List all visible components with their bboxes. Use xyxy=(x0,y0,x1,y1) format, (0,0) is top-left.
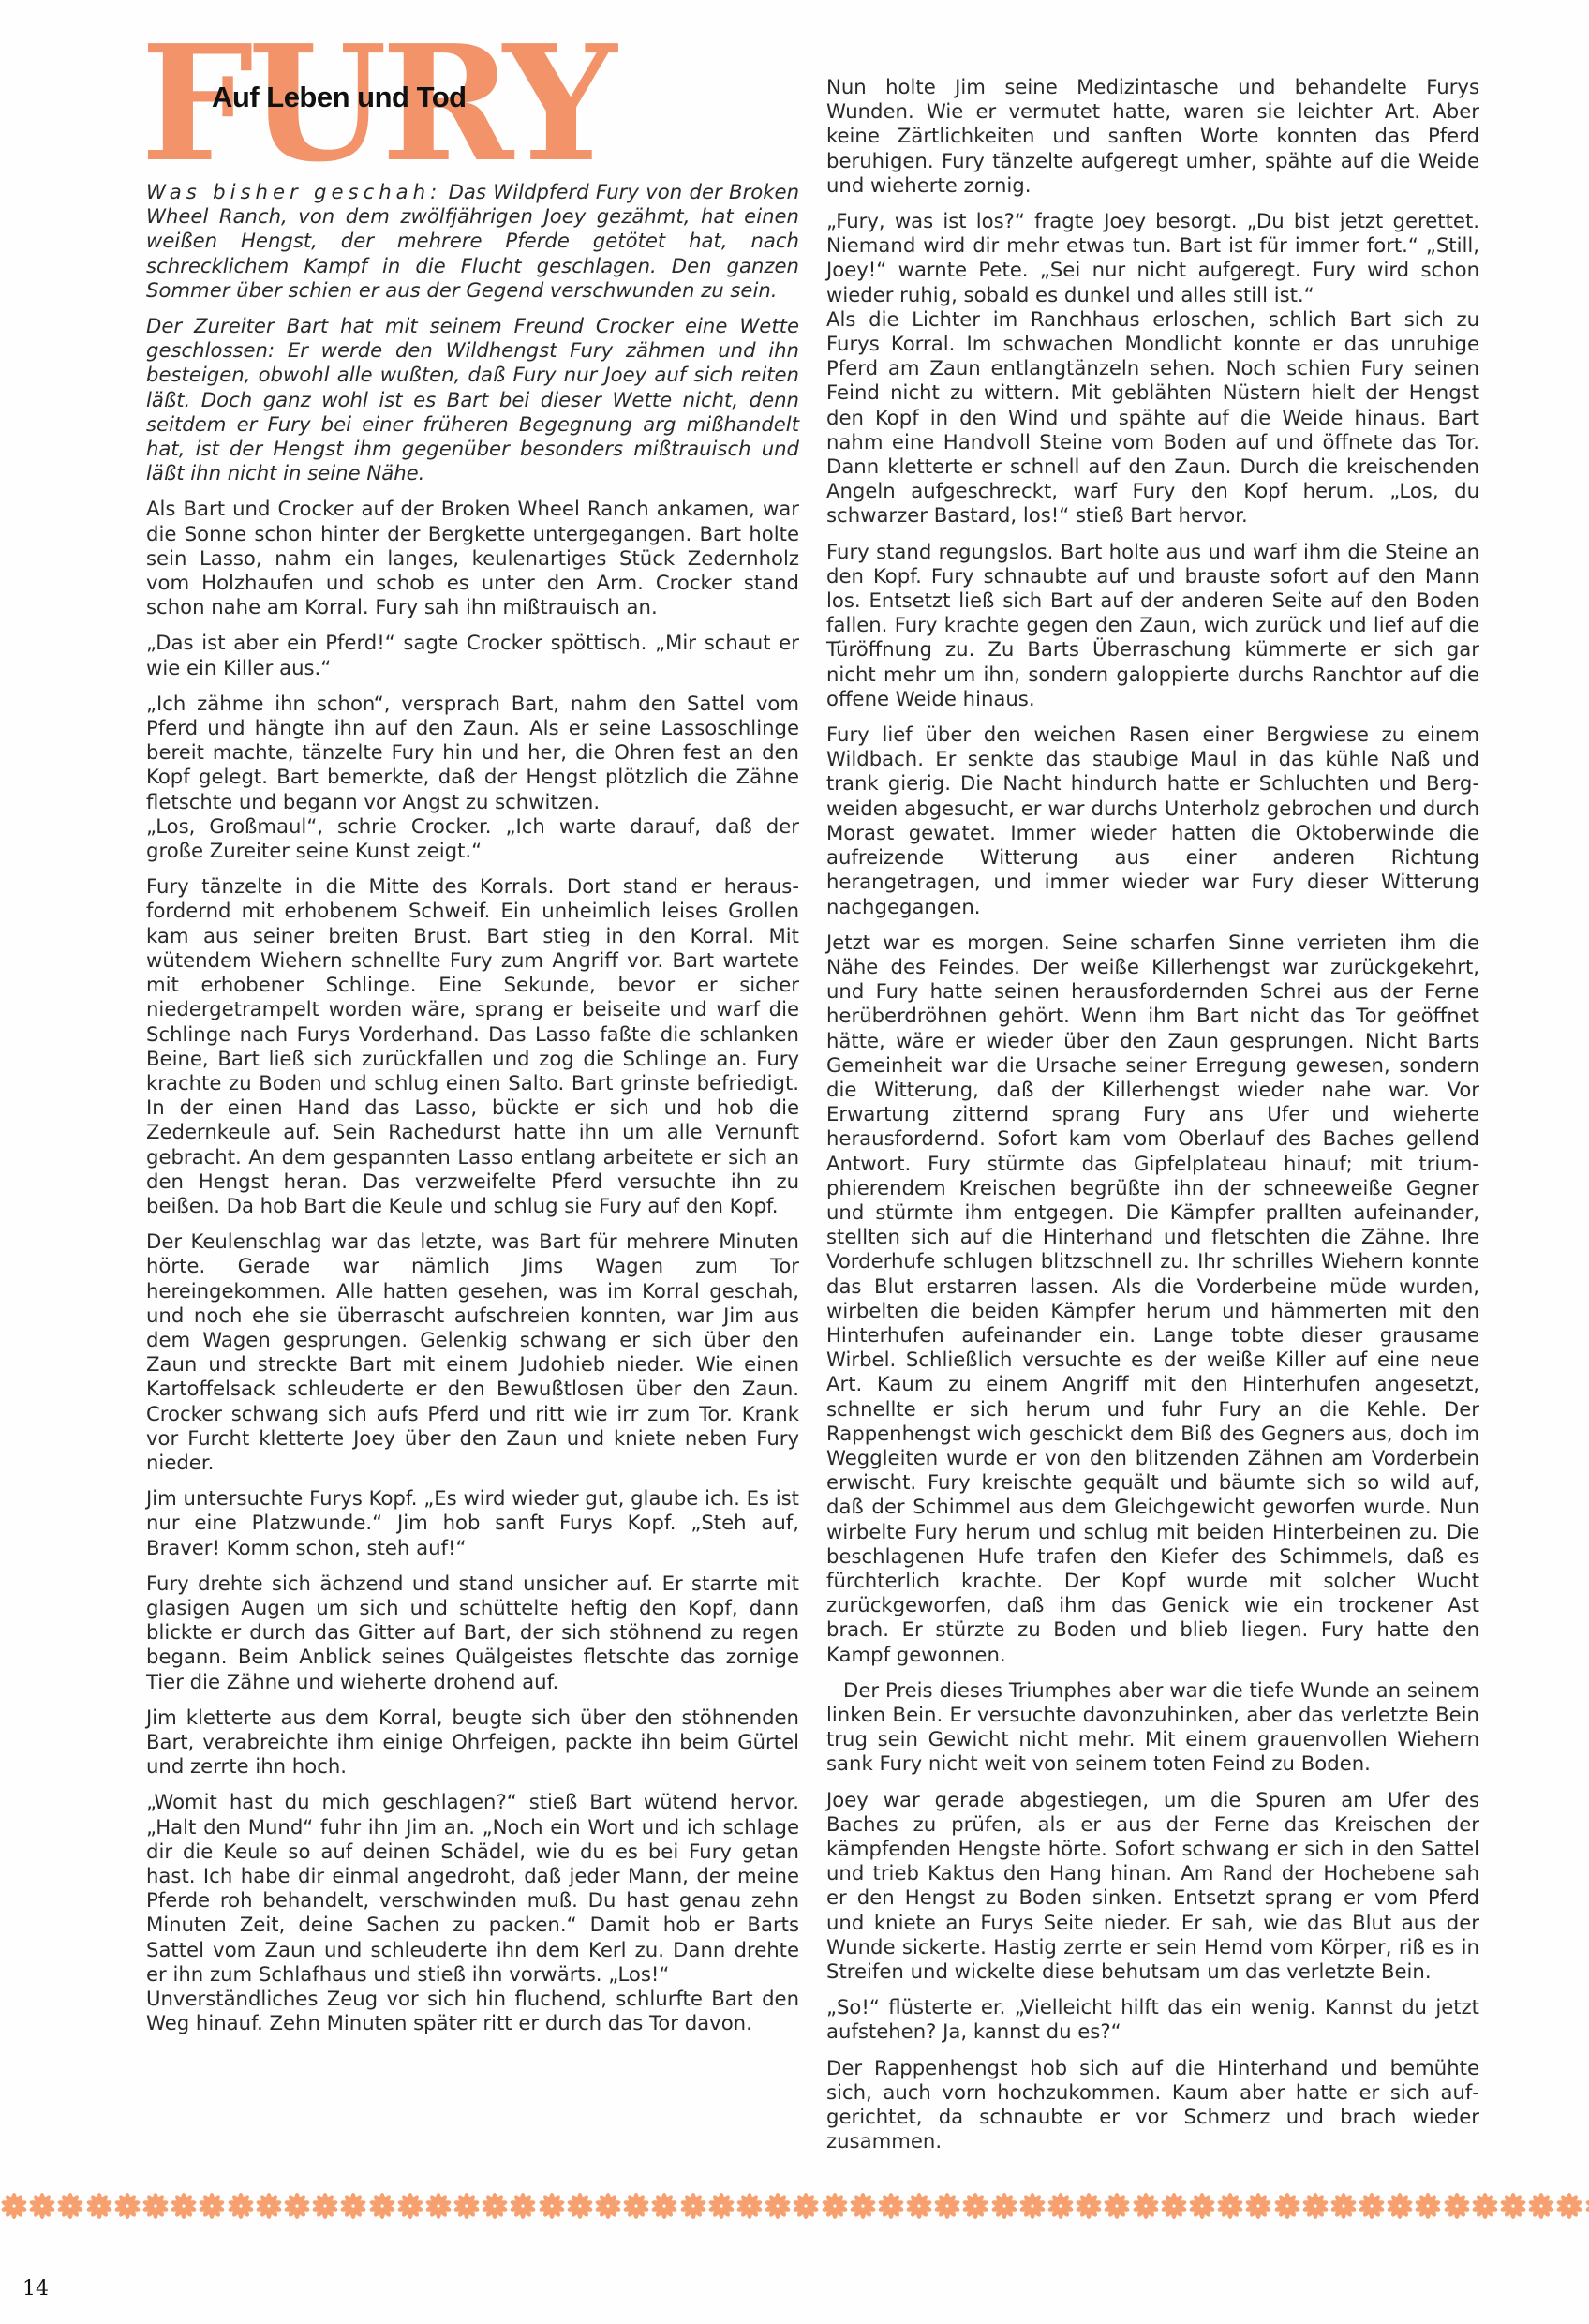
flower-icon xyxy=(424,2190,453,2222)
episode-title: Auf Leben und Tod xyxy=(212,81,467,114)
flower-icon xyxy=(594,2190,622,2222)
story-paragraph: Joey war gerade abgestiegen, um die Spur… xyxy=(826,1788,1479,1985)
story-paragraph: Jim kletterte aus dem Korral, beugte sic… xyxy=(146,1706,799,1780)
flower-icon xyxy=(1075,2190,1103,2222)
flower-icon xyxy=(1018,2190,1047,2222)
story-paragraph: „Fury, was ist los?“ fragte Joey besorgt… xyxy=(826,209,1479,307)
flower-icon xyxy=(735,2190,764,2222)
story-paragraph: Jim untersuchte Furys Kopf. „Es wird wie… xyxy=(146,1486,799,1560)
flower-icon xyxy=(1216,2190,1244,2222)
flower-icon xyxy=(1584,2190,1589,2222)
story-paragraph: Der Rappenhengst hob sich auf die Hinter… xyxy=(826,2056,1479,2154)
flower-icon xyxy=(255,2190,283,2222)
story-paragraph: Fury tänzelte in die Mitte des Korrals. … xyxy=(146,874,799,1218)
flower-icon xyxy=(990,2190,1018,2222)
flower-icon xyxy=(1358,2190,1386,2222)
flower-icon xyxy=(1527,2190,1555,2222)
flower-icon xyxy=(1103,2190,1131,2222)
flower-icon xyxy=(481,2190,509,2222)
flower-icon xyxy=(792,2190,820,2222)
right-column: Nun holte Jim seine Medizintasche und be… xyxy=(826,75,1479,2165)
flower-icon xyxy=(622,2190,650,2222)
flower-icon xyxy=(905,2190,933,2222)
story-paragraph: Fury lief über den weichen Rasen einer B… xyxy=(826,723,1479,919)
flower-icon xyxy=(1386,2190,1414,2222)
flower-icon xyxy=(1471,2190,1499,2222)
story-paragraph: „Ich zähme ihn schon“, versprach Bart, n… xyxy=(146,692,799,814)
flower-icon xyxy=(141,2190,170,2222)
flower-icon xyxy=(1160,2190,1188,2222)
flower-icon xyxy=(1047,2190,1075,2222)
flower-icon xyxy=(820,2190,848,2222)
story-paragraph: Als die Lichter im Ranchhaus erloschen, … xyxy=(826,307,1479,529)
flower-icon xyxy=(283,2190,311,2222)
flower-icon xyxy=(1414,2190,1442,2222)
flower-icon xyxy=(1132,2190,1160,2222)
page-number: 14 xyxy=(22,2277,49,2301)
flower-icon xyxy=(1329,2190,1358,2222)
flower-icon xyxy=(961,2190,989,2222)
recap-paragraph-2: Der Zureiter Bart hat mit seinem Freund … xyxy=(146,314,799,485)
flower-icon xyxy=(339,2190,367,2222)
story-paragraph: „Womit hast du mich geschlagen?“ stieß B… xyxy=(146,1790,799,1987)
story-paragraph: Fury drehte sich ächzend und stand unsic… xyxy=(146,1572,799,1694)
title-block: FURY Auf Leben und Tod xyxy=(141,37,628,169)
story-paragraph: Unverständliches Zeug vor sich hin fluch… xyxy=(146,1987,799,2035)
flower-icon xyxy=(679,2190,707,2222)
flower-icon xyxy=(566,2190,594,2222)
story-paragraph: Als Bart und Crocker auf der Broken Whee… xyxy=(146,497,799,619)
flower-icon xyxy=(56,2190,84,2222)
story-paragraph: „Das ist aber ein Pferd!“ sagte Crocker … xyxy=(146,631,799,679)
flower-icon xyxy=(1272,2190,1300,2222)
left-column: Was bisher geschah: Das Wildpferd Fury v… xyxy=(146,180,799,2047)
flower-icon xyxy=(453,2190,481,2222)
flower-icon xyxy=(1301,2190,1329,2222)
story-paragraph: Jetzt war es morgen. Seine scharfen Sinn… xyxy=(826,931,1479,1667)
flower-icon xyxy=(198,2190,226,2222)
story-paragraph: Fury stand regungslos. Bart holte aus un… xyxy=(826,540,1479,711)
flower-icon xyxy=(1188,2190,1216,2222)
flower-icon xyxy=(113,2190,141,2222)
story-paragraph: Der Preis dieses Triumphes aber war die … xyxy=(826,1678,1479,1777)
flower-icon xyxy=(933,2190,961,2222)
story-paragraph: Nun holte Jim seine Medizintasche und be… xyxy=(826,75,1479,198)
flower-icon xyxy=(877,2190,905,2222)
story-paragraph: „Los, Großmaul“, schrie Crocker. „Ich wa… xyxy=(146,814,799,863)
flower-icon xyxy=(227,2190,255,2222)
flower-icon xyxy=(367,2190,395,2222)
story-paragraph: „So!“ flüsterte er. „Vielleicht hilft da… xyxy=(826,1995,1479,2044)
flower-icon xyxy=(311,2190,339,2222)
flower-icon xyxy=(707,2190,735,2222)
flower-icon xyxy=(0,2190,28,2222)
flower-icon xyxy=(509,2190,537,2222)
flower-icon xyxy=(650,2190,678,2222)
flower-icon xyxy=(538,2190,566,2222)
flower-icon xyxy=(170,2190,198,2222)
recap-paragraph: Was bisher geschah: Das Wildpferd Fury v… xyxy=(146,180,799,303)
flower-icon xyxy=(1555,2190,1583,2222)
flower-icon xyxy=(1244,2190,1272,2222)
flower-icon xyxy=(764,2190,792,2222)
recap-label: Was bisher geschah: xyxy=(146,180,441,203)
flower-icon xyxy=(1443,2190,1471,2222)
story-paragraph: Der Keulenschlag war das letzte, was Bar… xyxy=(146,1229,799,1475)
flower-icon xyxy=(396,2190,424,2222)
flower-icon xyxy=(28,2190,56,2222)
magazine-page: FURY Auf Leben und Tod Was bisher gescha… xyxy=(0,0,1589,2324)
flower-icon xyxy=(1499,2190,1527,2222)
flower-icon xyxy=(849,2190,877,2222)
flower-icon xyxy=(85,2190,113,2222)
flower-border xyxy=(0,2190,1589,2222)
